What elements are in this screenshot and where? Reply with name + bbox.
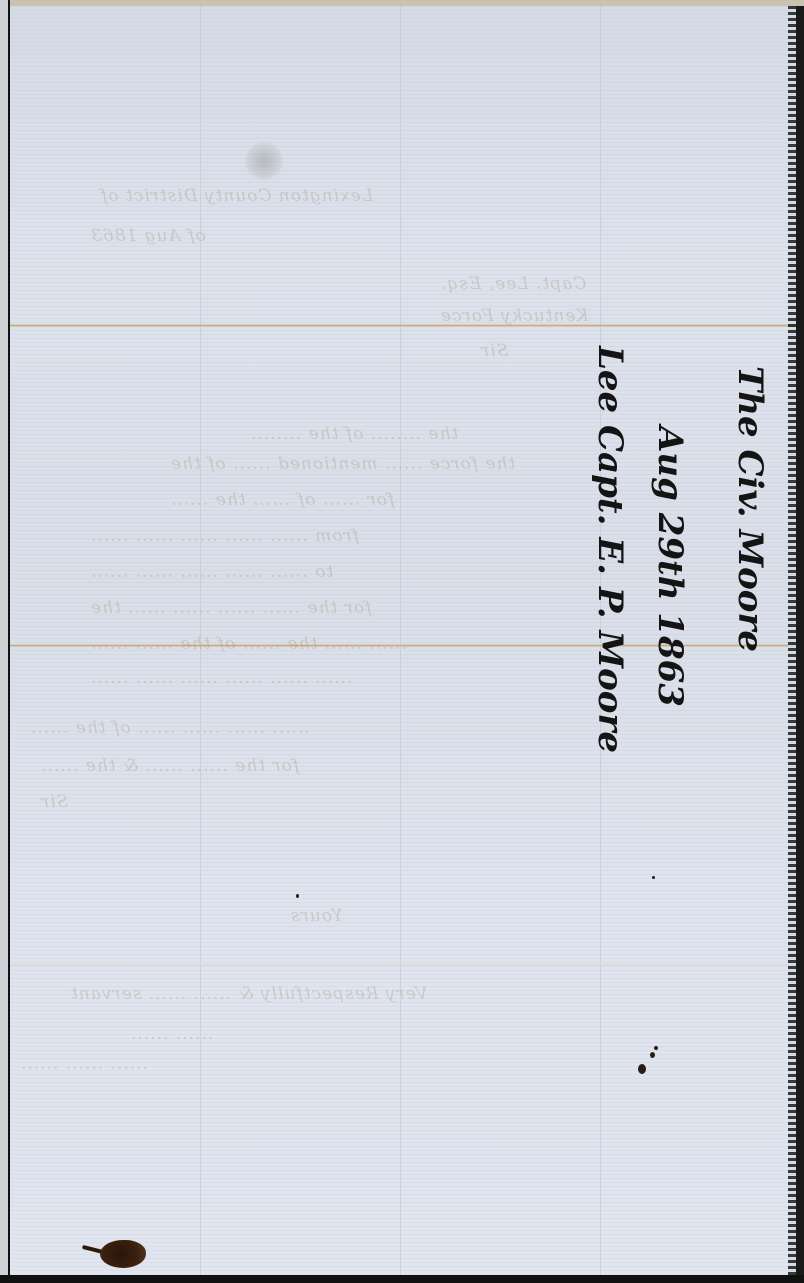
bleed-through-line: ...... ...... ...... ...... ...... .....… [90, 668, 353, 688]
bleed-through-line: for ...... of ...... the ...... [170, 490, 394, 510]
ink-spot [650, 1052, 655, 1058]
bleed-through-line: ...... ...... [130, 1024, 213, 1044]
scan-border-left [0, 0, 10, 1283]
docket-line-date: Aug 29th 1863 [650, 426, 690, 707]
bleed-through-line: Yours [290, 906, 343, 926]
ink-blot [100, 1240, 146, 1268]
dust-spot [244, 141, 284, 181]
fold-line-lower [10, 964, 796, 966]
bleed-through-line: ...... ...... ...... ...... of the .....… [30, 718, 310, 738]
bleed-through-line: Sir [40, 792, 68, 812]
bleed-through-line: ...... ...... the ...... of the ...... .… [90, 634, 407, 654]
bleed-through-line: of Aug 1863 [90, 226, 206, 246]
bleed-through-line: the ........ of the ........ [250, 424, 458, 444]
fold-line-upper [10, 324, 796, 327]
bleed-through-line: Capt. Lee, Esq. [440, 274, 586, 294]
bleed-through-line: for the ...... ...... & the ...... [40, 756, 299, 776]
ink-spot [652, 876, 655, 879]
docket-line-name: Lee Capt. E. P. Moore [590, 346, 630, 753]
bleed-through-line: ...... ...... ...... [20, 1054, 148, 1074]
ink-spot [638, 1064, 646, 1074]
docket-line-recipient: The Civ. Moore [730, 366, 770, 652]
bleed-through-line: Sir [480, 341, 508, 361]
bleed-through-line: to ...... ...... ...... ...... ...... [90, 562, 333, 582]
scan-border-bottom [0, 1275, 804, 1283]
letter-sheet: Lexington County District of of Aug 1863… [10, 6, 796, 1275]
ink-spot [296, 894, 299, 898]
bleed-through-line: from ...... ...... ...... ...... ...... [90, 526, 359, 546]
bleed-through-line: Lexington County District of [100, 186, 373, 206]
deckled-edge [788, 6, 796, 1275]
bleed-through-line: Very Respectfully & ...... ...... servan… [70, 984, 428, 1004]
bleed-through-line: for the ...... ...... ...... ...... the [90, 598, 371, 618]
ink-spot [654, 1046, 658, 1050]
bleed-through-line: the force ...... mentioned ...... of the [170, 454, 515, 474]
bleed-through-line: Kentucky Force [440, 306, 589, 326]
docket-annotation: Lee Capt. E. P. Moore Aug 29th 1863 The … [570, 346, 780, 646]
